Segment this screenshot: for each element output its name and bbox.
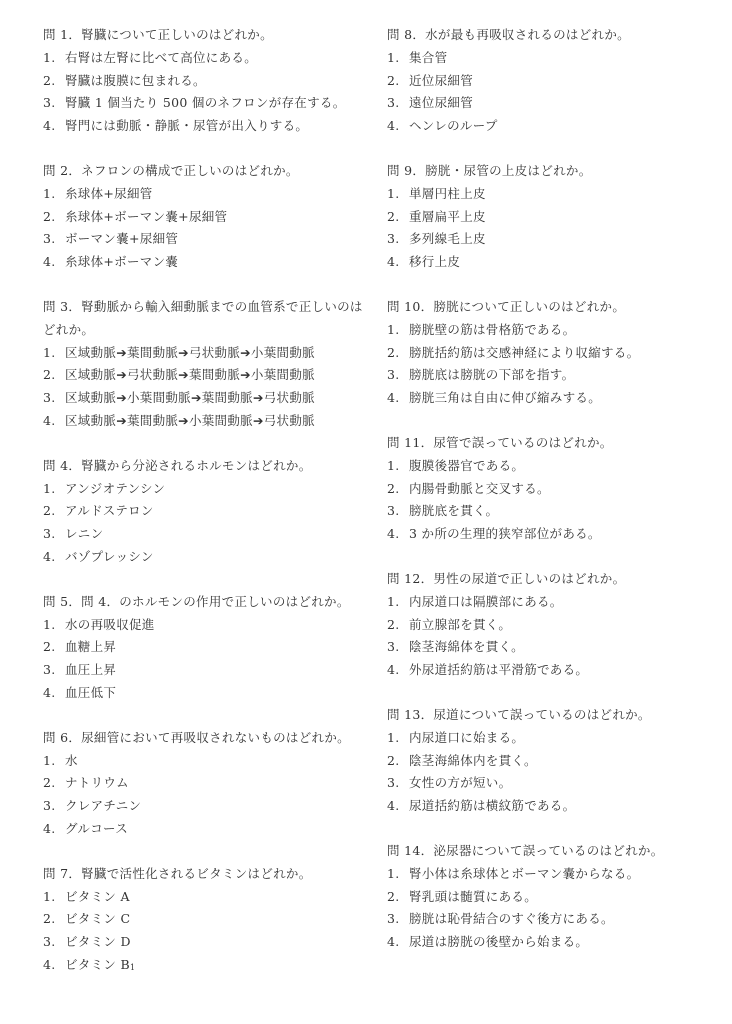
- question-block: 問 13．尿道について誤っているのはどれか。1.内尿道口に始まる。2.陰茎海綿体…: [387, 704, 717, 818]
- answer-option: 2.内腸骨動脈と交叉する。: [387, 478, 717, 501]
- answer-option: 2.アルドステロン: [43, 500, 373, 523]
- option-text: 糸球体+ボーマン嚢+尿細管: [65, 209, 227, 224]
- option-text: 膀胱底は膀胱の下部を指す。: [409, 367, 574, 382]
- option-text: ビタミン C: [65, 911, 130, 926]
- option-number: 2.: [387, 206, 409, 229]
- option-number: 1.: [387, 47, 409, 70]
- answer-option: 4.移行上皮: [387, 251, 717, 274]
- answer-option: 3.膀胱底は膀胱の下部を指す。: [387, 364, 717, 387]
- question-title: 問 14．泌尿器について誤っているのはどれか。: [387, 840, 717, 863]
- question-block: 問 1．腎臓について正しいのはどれか。1.右腎は左腎に比べて高位にある。2.腎臓…: [43, 24, 373, 138]
- question-block: 問 8．水が最も再吸収されるのはどれか。1.集合管2.近位尿細管3.遠位尿細管4…: [387, 24, 717, 138]
- option-text: 内尿道口に始まる。: [409, 730, 524, 745]
- option-number: 4.: [387, 387, 409, 410]
- option-number: 1.: [43, 342, 65, 365]
- answer-option: 1.ビタミン A: [43, 886, 373, 909]
- answer-option: 4.尿道括約筋は横紋筋である。: [387, 795, 717, 818]
- option-number: 3.: [43, 523, 65, 546]
- option-text: 移行上皮: [409, 254, 460, 269]
- option-number: 2.: [43, 70, 65, 93]
- option-number: 1.: [387, 863, 409, 886]
- option-text: 糸球体+尿細管: [65, 186, 153, 201]
- option-text: 膀胱は恥骨結合のすぐ後方にある。: [409, 911, 614, 926]
- option-number: 3.: [387, 908, 409, 931]
- option-text: 血圧上昇: [65, 662, 116, 677]
- option-number: 1.: [387, 727, 409, 750]
- option-text: アルドステロン: [65, 503, 154, 518]
- option-text: 重層扁平上皮: [409, 209, 486, 224]
- option-number: 4.: [43, 115, 65, 138]
- answer-option: 2.血糖上昇: [43, 636, 373, 659]
- question-block: 問 11．尿管で誤っているのはどれか。1.腹膜後器官である。2.内腸骨動脈と交叉…: [387, 432, 717, 546]
- answer-option: 4.ヘンレのループ: [387, 115, 717, 138]
- option-text: 近位尿細管: [409, 73, 473, 88]
- option-number: 1.: [43, 183, 65, 206]
- answer-option: 4.糸球体+ボーマン嚢: [43, 251, 373, 274]
- answer-option: 1.水の再吸収促進: [43, 614, 373, 637]
- option-text: 血糖上昇: [65, 639, 116, 654]
- option-text: 血圧低下: [65, 685, 116, 700]
- answer-option: 2.近位尿細管: [387, 70, 717, 93]
- option-text: 集合管: [409, 50, 447, 65]
- answer-option: 4.尿道は膀胱の後壁から始まる。: [387, 931, 717, 954]
- option-text: ヘンレのループ: [409, 118, 498, 133]
- question-block: 問 7．腎臓で活性化されるビタミンはどれか。1.ビタミン A2.ビタミン C3.…: [43, 863, 373, 980]
- question-title: 問 12．男性の尿道で正しいのはどれか。: [387, 568, 717, 591]
- option-text: 膀胱括約筋は交感神経により収縮する。: [409, 345, 639, 360]
- right-column: 問 8．水が最も再吸収されるのはどれか。1.集合管2.近位尿細管3.遠位尿細管4…: [387, 24, 717, 976]
- option-text: グルコース: [65, 821, 128, 836]
- option-text: 膀胱壁の筋は骨格筋である。: [409, 322, 575, 337]
- option-text: ビタミン B: [65, 957, 130, 972]
- answer-option: 4.ビタミン B1: [43, 954, 373, 980]
- option-text: ボーマン嚢+尿細管: [65, 231, 178, 246]
- answer-option: 3.血圧上昇: [43, 659, 373, 682]
- answer-option: 2.腎臓は腹膜に包まれる。: [43, 70, 373, 93]
- option-number: 2.: [387, 70, 409, 93]
- answer-option: 2.膀胱括約筋は交感神経により収縮する。: [387, 342, 717, 365]
- option-number: 3.: [43, 795, 65, 818]
- answer-option: 1.膀胱壁の筋は骨格筋である。: [387, 319, 717, 342]
- option-number: 3.: [387, 228, 409, 251]
- option-number: 3.: [387, 500, 409, 523]
- option-number: 4.: [43, 410, 65, 433]
- option-text: 腎門には動脈・静脈・尿管が出入りする。: [65, 118, 308, 133]
- option-number: 3.: [43, 228, 65, 251]
- option-number: 3.: [43, 659, 65, 682]
- answer-option: 3.遠位尿細管: [387, 92, 717, 115]
- answer-option: 1.腹膜後器官である。: [387, 455, 717, 478]
- question-block: 問 3．腎動脈から輸入細動脈までの血管系で正しいのはどれか。1.区域動脈➔葉間動…: [43, 296, 373, 433]
- answer-option: 3.レニン: [43, 523, 373, 546]
- option-number: 4.: [43, 954, 65, 977]
- option-number: 1.: [43, 478, 65, 501]
- question-title: 問 13．尿道について誤っているのはどれか。: [387, 704, 717, 727]
- option-text: 尿道は膀胱の後壁から始まる。: [409, 934, 588, 949]
- option-number: 2.: [387, 614, 409, 637]
- answer-option: 3.ボーマン嚢+尿細管: [43, 228, 373, 251]
- option-text: レニン: [65, 526, 103, 541]
- option-text: ビタミン D: [65, 934, 131, 949]
- option-text: 水の再吸収促進: [65, 617, 155, 632]
- option-text: 腎小体は糸球体とボーマン嚢からなる。: [409, 866, 639, 881]
- answer-option: 3.陰茎海綿体を貫く。: [387, 636, 717, 659]
- option-text: 区域動脈➔弓状動脈➔葉間動脈➔小葉間動脈: [65, 367, 315, 382]
- option-number: 2.: [43, 364, 65, 387]
- option-number: 4.: [387, 251, 409, 274]
- answer-option: 1.内尿道口に始まる。: [387, 727, 717, 750]
- question-title: 問 4．腎臓から分泌されるホルモンはどれか。: [43, 455, 373, 478]
- question-title: 問 11．尿管で誤っているのはどれか。: [387, 432, 717, 455]
- option-text: ナトリウム: [65, 775, 129, 790]
- answer-option: 4.腎門には動脈・静脈・尿管が出入りする。: [43, 115, 373, 138]
- answer-option: 4.膀胱三角は自由に伸び縮みする。: [387, 387, 717, 410]
- option-text: 腎臓は腹膜に包まれる。: [65, 73, 206, 88]
- question-title: 問 6．尿細管において再吸収されないものはどれか。: [43, 727, 363, 750]
- answer-option: 1.集合管: [387, 47, 717, 70]
- option-number: 2.: [387, 886, 409, 909]
- option-number: 2.: [43, 500, 65, 523]
- question-block: 問 14．泌尿器について誤っているのはどれか。1.腎小体は糸球体とボーマン嚢から…: [387, 840, 717, 954]
- option-text: 右腎は左腎に比べて高位にある。: [65, 50, 257, 65]
- option-number: 3.: [43, 931, 65, 954]
- option-number: 2.: [387, 342, 409, 365]
- answer-option: 1.水: [43, 750, 373, 773]
- option-text: 糸球体+ボーマン嚢: [65, 254, 178, 269]
- option-text: 水: [65, 753, 78, 768]
- option-number: 1.: [387, 455, 409, 478]
- option-number: 4.: [43, 818, 65, 841]
- answer-option: 2.重層扁平上皮: [387, 206, 717, 229]
- option-text: アンジオテンシン: [65, 481, 165, 496]
- option-number: 3.: [43, 387, 65, 410]
- answer-option: 2.糸球体+ボーマン嚢+尿細管: [43, 206, 373, 229]
- answer-option: 1.区域動脈➔葉間動脈➔弓状動脈➔小葉間動脈: [43, 342, 373, 365]
- option-number: 4.: [43, 546, 65, 569]
- option-number: 3.: [387, 772, 409, 795]
- option-text: 遠位尿細管: [409, 95, 473, 110]
- option-text: 内尿道口は隔膜部にある。: [409, 594, 563, 609]
- question-block: 問 12．男性の尿道で正しいのはどれか。1.内尿道口は隔膜部にある。2.前立腺部…: [387, 568, 717, 682]
- option-text: 女性の方が短い。: [409, 775, 511, 790]
- option-number: 2.: [387, 478, 409, 501]
- option-number: 3.: [387, 636, 409, 659]
- answer-option: 3.ビタミン D: [43, 931, 373, 954]
- option-number: 2.: [43, 206, 65, 229]
- option-text: 陰茎海綿体を貫く。: [409, 639, 524, 654]
- option-text: 前立腺部を貫く。: [409, 617, 511, 632]
- answer-option: 4.外尿道括約筋は平滑筋である。: [387, 659, 717, 682]
- subscript: 1: [130, 963, 135, 972]
- question-block: 問 4．腎臓から分泌されるホルモンはどれか。1.アンジオテンシン2.アルドステロ…: [43, 455, 373, 569]
- question-block: 問 10．膀胱について正しいのはどれか。1.膀胱壁の筋は骨格筋である。2.膀胱括…: [387, 296, 717, 410]
- question-title: 問 8．水が最も再吸収されるのはどれか。: [387, 24, 717, 47]
- question-title: 問 7．腎臓で活性化されるビタミンはどれか。: [43, 863, 373, 886]
- answer-option: 3.クレアチニン: [43, 795, 373, 818]
- option-number: 4.: [387, 523, 409, 546]
- option-text: 区域動脈➔小葉間動脈➔葉間動脈➔弓状動脈: [65, 390, 315, 405]
- option-number: 1.: [387, 183, 409, 206]
- option-number: 4.: [387, 795, 409, 818]
- answer-option: 2.ビタミン C: [43, 908, 373, 931]
- option-text: 膀胱三角は自由に伸び縮みする。: [409, 390, 601, 405]
- answer-option: 3.膀胱底を貫く。: [387, 500, 717, 523]
- option-number: 2.: [43, 636, 65, 659]
- option-number: 1.: [43, 614, 65, 637]
- option-number: 1.: [43, 750, 65, 773]
- answer-option: 1.アンジオテンシン: [43, 478, 373, 501]
- option-number: 1.: [43, 47, 65, 70]
- answer-option: 1.内尿道口は隔膜部にある。: [387, 591, 717, 614]
- answer-option: 3.区域動脈➔小葉間動脈➔葉間動脈➔弓状動脈: [43, 387, 373, 410]
- option-number: 4.: [387, 931, 409, 954]
- option-number: 4.: [387, 659, 409, 682]
- answer-option: 4.血圧低下: [43, 682, 373, 705]
- answer-option: 1.右腎は左腎に比べて高位にある。: [43, 47, 373, 70]
- option-number: 3.: [387, 364, 409, 387]
- question-block: 問 5．問 4．のホルモンの作用で正しいのはどれか。1.水の再吸収促進2.血糖上…: [43, 591, 373, 705]
- answer-option: 4.3 か所の生理的狭窄部位がある。: [387, 523, 717, 546]
- question-title: 問 10．膀胱について正しいのはどれか。: [387, 296, 717, 319]
- answer-option: 1.糸球体+尿細管: [43, 183, 373, 206]
- option-text: 腹膜後器官である。: [409, 458, 524, 473]
- option-number: 4.: [387, 115, 409, 138]
- option-number: 4.: [43, 251, 65, 274]
- answer-option: 3.多列線毛上皮: [387, 228, 717, 251]
- option-number: 3.: [43, 92, 65, 115]
- answer-option: 2.前立腺部を貫く。: [387, 614, 717, 637]
- option-text: 区域動脈➔葉間動脈➔小葉間動脈➔弓状動脈: [65, 413, 315, 428]
- answer-option: 2.陰茎海綿体内を貫く。: [387, 750, 717, 773]
- question-title: 問 9．膀胱・尿管の上皮はどれか。: [387, 160, 717, 183]
- option-number: 2.: [43, 772, 65, 795]
- answer-option: 3.腎臓 1 個当たり 500 個のネフロンが存在する。: [43, 92, 373, 115]
- answer-option: 2.ナトリウム: [43, 772, 373, 795]
- option-number: 1.: [387, 319, 409, 342]
- question-title: 問 5．問 4．のホルモンの作用で正しいのはどれか。: [43, 591, 363, 614]
- option-text: クレアチニン: [65, 798, 141, 813]
- question-title: 問 1．腎臓について正しいのはどれか。: [43, 24, 373, 47]
- answer-option: 3.膀胱は恥骨結合のすぐ後方にある。: [387, 908, 717, 931]
- option-text: 膀胱底を貫く。: [409, 503, 498, 518]
- left-column: 問 1．腎臓について正しいのはどれか。1.右腎は左腎に比べて高位にある。2.腎臓…: [43, 24, 373, 1002]
- option-text: ビタミン A: [65, 889, 130, 904]
- answer-option: 1.腎小体は糸球体とボーマン嚢からなる。: [387, 863, 717, 886]
- option-number: 2.: [387, 750, 409, 773]
- option-text: 3 か所の生理的狭窄部位がある。: [409, 526, 601, 541]
- option-text: バゾプレッシン: [65, 549, 154, 564]
- option-text: 区域動脈➔葉間動脈➔弓状動脈➔小葉間動脈: [65, 345, 315, 360]
- option-text: 腎臓 1 個当たり 500 個のネフロンが存在する。: [65, 95, 346, 110]
- question-title: 問 3．腎動脈から輸入細動脈までの血管系で正しいのはどれか。: [43, 296, 363, 342]
- option-number: 2.: [43, 908, 65, 931]
- answer-option: 2.区域動脈➔弓状動脈➔葉間動脈➔小葉間動脈: [43, 364, 373, 387]
- answer-option: 3.女性の方が短い。: [387, 772, 717, 795]
- option-text: 腎乳頭は髄質にある。: [409, 889, 537, 904]
- question-block: 問 9．膀胱・尿管の上皮はどれか。1.単層円柱上皮2.重層扁平上皮3.多列線毛上…: [387, 160, 717, 274]
- option-text: 陰茎海綿体内を貫く。: [409, 753, 537, 768]
- option-text: 外尿道括約筋は平滑筋である。: [409, 662, 588, 677]
- option-number: 4.: [43, 682, 65, 705]
- option-number: 1.: [387, 591, 409, 614]
- option-text: 尿道括約筋は横紋筋である。: [409, 798, 575, 813]
- quiz-page: 問 1．腎臓について正しいのはどれか。1.右腎は左腎に比べて高位にある。2.腎臓…: [0, 0, 732, 1024]
- answer-option: 4.バゾプレッシン: [43, 546, 373, 569]
- answer-option: 4.グルコース: [43, 818, 373, 841]
- option-text: 内腸骨動脈と交叉する。: [409, 481, 550, 496]
- option-number: 1.: [43, 886, 65, 909]
- answer-option: 4.区域動脈➔葉間動脈➔小葉間動脈➔弓状動脈: [43, 410, 373, 433]
- option-text: 多列線毛上皮: [409, 231, 486, 246]
- question-block: 問 2．ネフロンの構成で正しいのはどれか。1.糸球体+尿細管2.糸球体+ボーマン…: [43, 160, 373, 274]
- option-text: 単層円柱上皮: [409, 186, 486, 201]
- option-number: 3.: [387, 92, 409, 115]
- question-title: 問 2．ネフロンの構成で正しいのはどれか。: [43, 160, 373, 183]
- question-block: 問 6．尿細管において再吸収されないものはどれか。1.水2.ナトリウム3.クレア…: [43, 727, 373, 841]
- answer-option: 1.単層円柱上皮: [387, 183, 717, 206]
- answer-option: 2.腎乳頭は髄質にある。: [387, 886, 717, 909]
